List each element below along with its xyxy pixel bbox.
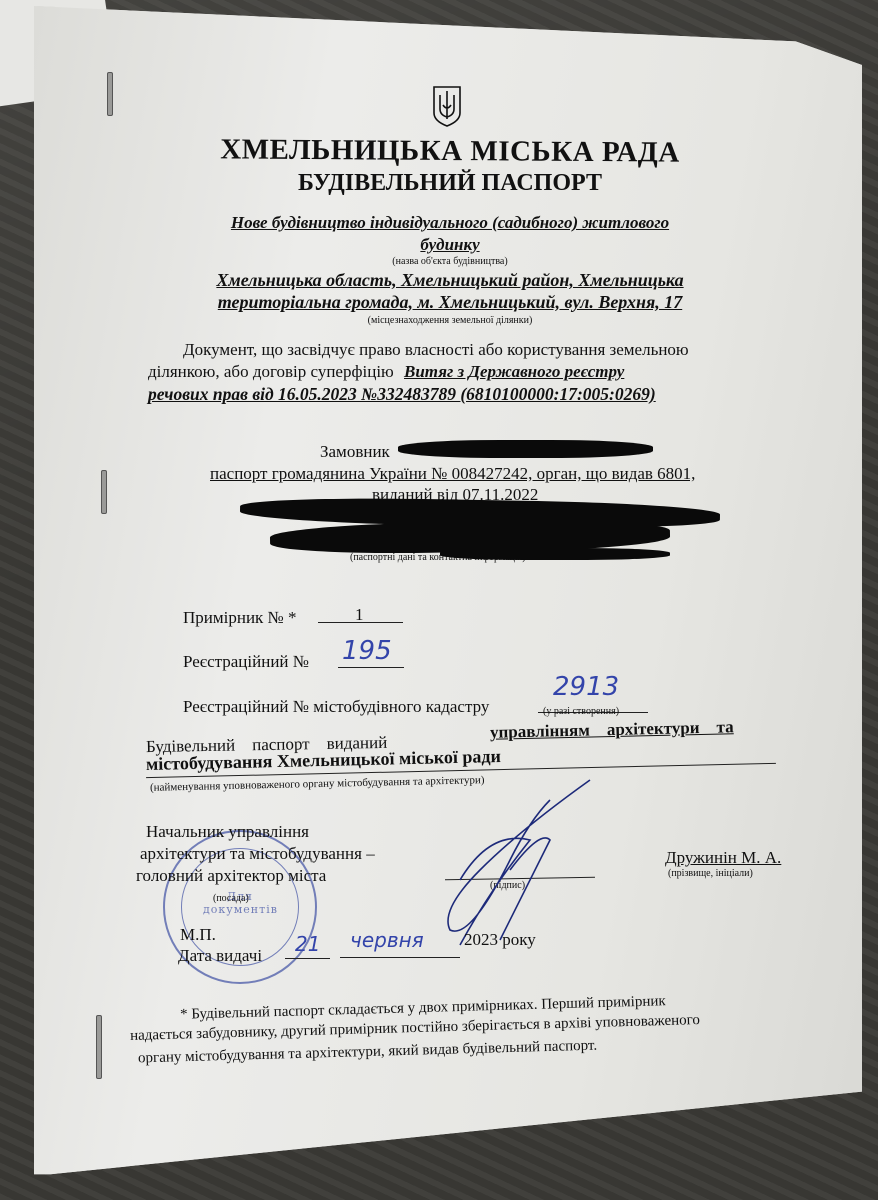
redacted-caption-overlay [440,548,670,560]
ownership-line2: ділянкою, або договір суперфіцію Витяг з… [148,362,758,382]
redacted-customer-name [398,440,653,458]
issue-month-underline [340,957,460,958]
signatory-caption: (прізвище, ініціали) [668,868,753,879]
reg-value: 195 [342,636,392,666]
position-line3: головний архітектор міста [136,866,326,886]
customer-passport: паспорт громадянина України № 008427242,… [210,464,695,484]
location-caption: (місцезнаходження земельної ділянки) [250,315,650,326]
object-name-line1: Нове будівництво індивідуального (садибн… [160,213,740,233]
council-name: ХМЕЛЬНИЦЬКА МІСЬКА РАДА [160,133,740,170]
issue-month: червня [350,928,424,952]
issue-day-underline [285,958,330,959]
trident-coat-of-arms-icon [432,85,462,127]
staple-top [107,72,113,116]
cadastre-caption: (у разі створення) [543,706,619,717]
position-line2: архітектури та містобудування – [140,844,375,864]
reg-label: Реєстраційний № [183,652,309,672]
location-line2: територіальна громада, м. Хмельницький, … [150,292,750,313]
copy-value: 1 [355,605,364,625]
reg-underline [338,667,404,668]
position-line1: Начальник управління [146,822,309,842]
location-line1: Хмельницька область, Хмельницький район,… [150,270,750,291]
customer-label: Замовник [320,442,390,462]
object-name-caption: (назва об'єкта будівництва) [250,256,650,267]
document-title: БУДІВЕЛЬНИЙ ПАСПОРТ [200,170,700,197]
staple-bottom [96,1015,102,1079]
issue-day: 21 [295,932,320,956]
ownership-doc-title: Витяг з Державного реєстру [404,362,624,381]
ownership-prefix: ділянкою, або договір суперфіцію [148,362,394,381]
seal-mark: М.П. [180,925,216,945]
staple-middle [101,470,107,514]
signatory-name: Дружинін М. А. [665,848,781,868]
copy-label: Примірник № * [183,608,297,628]
handwritten-signature [400,770,600,950]
ownership-doc-details: речових прав від 16.05.2023 №332483789 (… [148,384,758,405]
ownership-line1: Документ, що засвідчує право власності а… [183,340,689,360]
issue-year: 2023 року [464,930,536,950]
cadastre-value: 2913 [553,672,619,702]
cadastre-label: Реєстраційний № містобудівного кадастру [183,697,489,717]
position-caption: (посада) [213,893,249,904]
object-name-line2: будинку [160,235,740,255]
issue-date-label: Дата видачі [178,946,262,966]
